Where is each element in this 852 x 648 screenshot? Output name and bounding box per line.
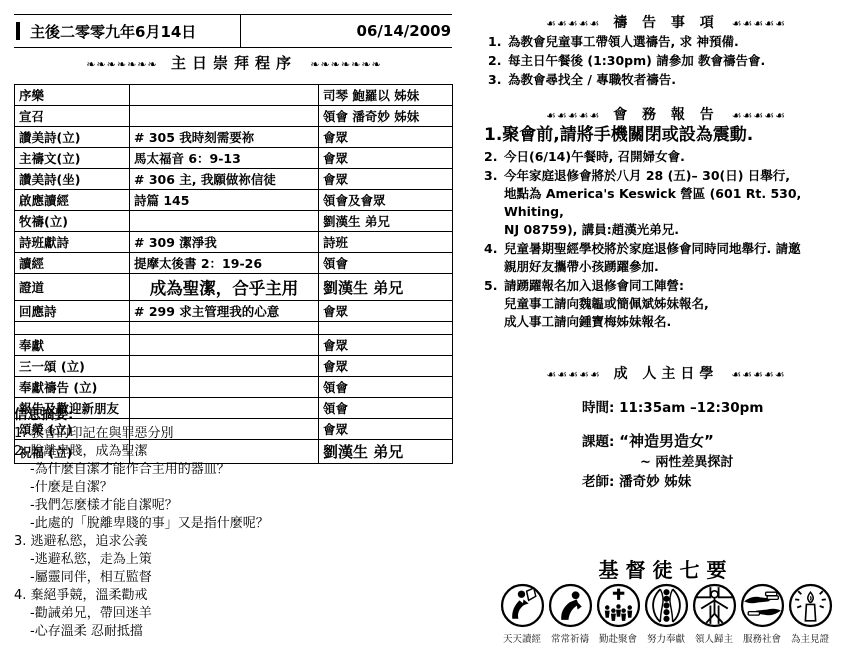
program-item-cell: 三一頌 (立) [15, 356, 130, 377]
program-item-cell: 讚美詩(立) [15, 127, 130, 148]
item-text: 為教會尋找全 / 專職牧者禱告. [508, 71, 676, 89]
item-number: 3. [488, 71, 508, 89]
table-row: 讚美詩(坐) # 306 主, 我願做祢信徒 會眾 [15, 169, 453, 190]
message-summary-line: 2. 脫離卑賤，成為聖潔 [14, 443, 454, 461]
program-person-cell: 詩班 [319, 232, 453, 253]
program-item-cell: 奉獻禱告 (立) [15, 377, 130, 398]
essential-offering: 努力奉獻 [643, 583, 690, 645]
message-summary-line: -什麼是自潔？ [14, 479, 454, 497]
program-item-cell: 讀經 [15, 253, 130, 274]
program-content-cell: 成為聖潔，合乎主用 [130, 274, 319, 301]
program-person-cell: 劉漢生 弟兄 [319, 274, 453, 301]
item-number: 1. [484, 124, 502, 147]
affairs-section-title: 會 務 報 告 [613, 107, 719, 123]
list-item: 5. 請踴躍報名加入退修會同工陣營: 兒童事工請向魏韞或簡佩斌姊妹報名, 成人事… [484, 277, 850, 331]
sunday-school-title: 成 人主日學 [614, 366, 719, 382]
program-item-cell: 主禱文(立) [15, 148, 130, 169]
program-person-cell: 會眾 [319, 335, 453, 356]
teacher-value: 潘奇妙 姊妹 [619, 474, 691, 490]
essential-label: 為主見證 [787, 631, 834, 645]
teacher-label: 老師: [582, 474, 614, 490]
ornament-left: ❧❧❧❧❧❧❧ [86, 58, 158, 71]
topic-label: 課題: [582, 434, 614, 450]
message-summary-line: -屬靈同伴，相互監督 [14, 569, 454, 587]
item-number: 3. [484, 167, 504, 239]
ornament-left: ☙☙☙☙☙ [546, 368, 600, 381]
program-content-cell [130, 356, 319, 377]
program-content-cell [130, 211, 319, 232]
ornament-left: ☙☙☙☙☙ [546, 109, 600, 122]
message-summary: 信息摘要: 1. 教會的印記在與罪惡分別 2. 脫離卑賤，成為聖潔 -為什麼自潔… [14, 406, 454, 641]
ornament-right: ☙☙☙☙☙ [732, 109, 786, 122]
essential-label: 領人歸主 [691, 631, 738, 645]
item-number: 2. [488, 52, 508, 70]
program-person-cell: 領會 [319, 253, 453, 274]
sunday-school-details: 時間: 11:35am –12:30pm 課題: “神造男造女” ~ 兩性差異探… [582, 396, 850, 490]
reading-icon [499, 583, 546, 628]
program-title: 主日崇拜程序 [171, 54, 297, 72]
essential-label: 常常祈禱 [547, 631, 594, 645]
ornament-right: ☙☙☙☙☙ [732, 17, 786, 30]
table-row: 回應詩 # 299 求主管理我的心意 會眾 [15, 301, 453, 322]
time-value: 11:35am –12:30pm [619, 400, 763, 416]
item-text: 兒童暑期聖經學校將於家庭退修會同時同地舉行. 請邀 親朋好友攜帶小孩踴躍參加. [504, 240, 801, 276]
essential-service: 服務社會 [739, 583, 786, 645]
message-summary-line: -勸誡弟兄，帶回迷羊 [14, 605, 454, 623]
list-item: 3. 為教會尋找全 / 專職牧者禱告. [488, 71, 850, 89]
list-item: 1. 為教會兒童事工帶領人選禱告, 求 神預備. [488, 33, 850, 51]
program-content-cell [130, 377, 319, 398]
essential-label: 勤赴聚會 [595, 631, 642, 645]
program-content-cell: # 299 求主管理我的心意 [130, 301, 319, 322]
message-summary-heading: 信息摘要: [14, 406, 454, 424]
program-item-cell: 回應詩 [15, 301, 130, 322]
program-person-cell [319, 322, 453, 335]
seven-essentials-title: 基督徒七要 [482, 554, 850, 583]
time-label: 時間: [582, 400, 614, 416]
item-text: 聚會前,請將手機關閉或設為震動. [502, 124, 753, 147]
essential-witness: 為主見證 [787, 583, 834, 645]
program-item-cell: 詩班獻詩 [15, 232, 130, 253]
date-cell-english: 06/14/2009 [241, 15, 452, 47]
sunday-school-time: 時間: 11:35am –12:30pm [582, 396, 850, 416]
message-summary-line: 3. 逃避私慾，追求公義 [14, 533, 454, 551]
sunday-school-title-row: ☙☙☙☙☙ 成 人主日學 ☙☙☙☙☙ [482, 363, 850, 383]
ornament-right: ❧❧❧❧❧❧❧ [310, 58, 382, 71]
date-cell-chinese: 主後二零零九年6月14日 [14, 15, 241, 47]
topic-value: “神造男造女” [619, 432, 714, 450]
ornament-right: ☙☙☙☙☙ [731, 368, 785, 381]
program-person-cell: 會眾 [319, 301, 453, 322]
item-number: 4. [484, 240, 504, 276]
item-number: 1. [488, 33, 508, 51]
list-item: 3. 今年家庭退修會將於八月 28 (五)– 30(日) 日舉行, 地點為 Am… [484, 167, 850, 239]
date-header: 主後二零零九年6月14日 06/14/2009 [14, 14, 452, 48]
program-person-cell: 會眾 [319, 169, 453, 190]
date-chinese: 主後二零零九年6月14日 [30, 21, 196, 42]
item-text: 每主日午餐後 (1:30pm) 請參加 教會禱告會. [508, 52, 765, 70]
item-number: 2. [484, 148, 504, 166]
program-content-cell: # 305 我時刻需要祢 [130, 127, 319, 148]
program-item-cell: 牧禱(立) [15, 211, 130, 232]
item-text: 今年家庭退修會將於八月 28 (五)– 30(日) 日舉行, 地點為 Ameri… [504, 167, 850, 239]
message-summary-line: -我們怎麼樣才能自潔呢？ [14, 497, 454, 515]
item-text: 請踴躍報名加入退修會同工陣營: 兒童事工請向魏韞或簡佩斌姊妹報名, 成人事工請向… [504, 277, 709, 331]
table-row: 詩班獻詩 # 309 潔淨我 詩班 [15, 232, 453, 253]
program-content-cell: 馬太福音 6：9-13 [130, 148, 319, 169]
program-item-cell: 序樂 [15, 85, 130, 106]
program-person-cell: 劉漢生 弟兄 [319, 211, 453, 232]
offering-icon [643, 583, 690, 628]
program-content-cell: # 306 主, 我願做祢信徒 [130, 169, 319, 190]
table-row: 讀經 提摩太後書 2：19-26 領會 [15, 253, 453, 274]
essential-praying: 常常祈禱 [547, 583, 594, 645]
program-content-cell [130, 85, 319, 106]
table-row: 奉獻禱告 (立) 領會 [15, 377, 453, 398]
affairs-section-title-row: ☙☙☙☙☙ 會 務 報 告 ☙☙☙☙☙ [482, 104, 850, 124]
program-title-row: ❧❧❧❧❧❧❧ 主日崇拜程序 ❧❧❧❧❧❧❧ [14, 52, 454, 73]
program-item-cell: 讚美詩(坐) [15, 169, 130, 190]
program-item-cell: 奉獻 [15, 335, 130, 356]
program-person-cell: 領會 [319, 377, 453, 398]
date-accent-bar [16, 22, 20, 40]
prayer-section-title: 禱 告 事 項 [613, 15, 719, 31]
date-english: 06/14/2009 [357, 22, 451, 40]
sunday-school-teacher: 老師: 潘奇妙 姊妹 [582, 470, 850, 490]
sunday-school-topic-sub: ~ 兩性差異探討 [582, 451, 850, 470]
table-row: 三一頌 (立) 會眾 [15, 356, 453, 377]
program-item-cell [15, 322, 130, 335]
program-person-cell: 會眾 [319, 148, 453, 169]
essential-label: 服務社會 [739, 631, 786, 645]
program-person-cell: 會眾 [319, 127, 453, 148]
service-icon [739, 583, 786, 628]
ornament-left: ☙☙☙☙☙ [546, 17, 600, 30]
message-summary-line: -此處的「脫離卑賤的事」又是指什麼呢？ [14, 515, 454, 533]
program-person-cell: 領會及會眾 [319, 190, 453, 211]
message-summary-line: 1. 教會的印記在與罪惡分別 [14, 425, 454, 443]
program-content-cell [130, 322, 319, 335]
program-content-cell: 提摩太後書 2：19-26 [130, 253, 319, 274]
essential-evangelism: 領人歸主 [691, 583, 738, 645]
table-row: 牧禱(立) 劉漢生 弟兄 [15, 211, 453, 232]
list-item: 2. 今日(6/14)午餐時, 召開婦女會. [484, 148, 850, 166]
witness-icon [787, 583, 834, 628]
evangelism-icon [691, 583, 738, 628]
program-item-cell: 宣召 [15, 106, 130, 127]
program-person-cell: 司琴 鮑羅以 姊妹 [319, 85, 453, 106]
essential-congregation: 勤赴聚會 [595, 583, 642, 645]
message-summary-line: -心存溫柔 忍耐抵擋 [14, 623, 454, 641]
prayer-section-title-row: ☙☙☙☙☙ 禱 告 事 項 ☙☙☙☙☙ [482, 12, 850, 32]
message-summary-line: -逃避私慾，走為上策 [14, 551, 454, 569]
table-row: 證道 成為聖潔，合乎主用 劉漢生 弟兄 [15, 274, 453, 301]
essential-label: 天天讀經 [499, 631, 546, 645]
table-row: 讚美詩(立) # 305 我時刻需要祢 會眾 [15, 127, 453, 148]
table-row [15, 322, 453, 335]
table-row: 宣召 領會 潘奇妙 姊妹 [15, 106, 453, 127]
program-content-cell: 詩篇 145 [130, 190, 319, 211]
essential-label: 努力奉獻 [643, 631, 690, 645]
congregation-icon [595, 583, 642, 628]
prayer-items: 1. 為教會兒童事工帶領人選禱告, 求 神預備. 2. 每主日午餐後 (1:30… [488, 33, 850, 90]
essential-reading: 天天讀經 [499, 583, 546, 645]
program-person-cell: 領會 潘奇妙 姊妹 [319, 106, 453, 127]
list-item: 2. 每主日午餐後 (1:30pm) 請參加 教會禱告會. [488, 52, 850, 70]
program-item-cell: 啟應讀經 [15, 190, 130, 211]
program-content-cell [130, 335, 319, 356]
program-content-cell: # 309 潔淨我 [130, 232, 319, 253]
list-item: 1. 聚會前,請將手機關閉或設為震動. [484, 124, 850, 147]
program-content-cell [130, 106, 319, 127]
list-item: 4. 兒童暑期聖經學校將於家庭退修會同時同地舉行. 請邀 親朋好友攜帶小孩踴躍參… [484, 240, 850, 276]
item-number: 5. [484, 277, 504, 331]
message-summary-line: -為什麼自潔才能作合主用的器皿？ [14, 461, 454, 479]
praying-icon [547, 583, 594, 628]
item-text: 今日(6/14)午餐時, 召開婦女會. [504, 148, 685, 166]
sunday-school-topic: 課題: “神造男造女” [582, 430, 850, 451]
seven-essentials-icons: 天天讀經 常常祈禱 [482, 583, 850, 645]
table-row: 啟應讀經 詩篇 145 領會及會眾 [15, 190, 453, 211]
program-person-cell: 會眾 [319, 356, 453, 377]
item-text: 為教會兒童事工帶領人選禱告, 求 神預備. [508, 33, 739, 51]
program-item-cell: 證道 [15, 274, 130, 301]
table-row: 主禱文(立) 馬太福音 6：9-13 會眾 [15, 148, 453, 169]
table-row: 奉獻 會眾 [15, 335, 453, 356]
affairs-items: 1. 聚會前,請將手機關閉或設為震動. 2. 今日(6/14)午餐時, 召開婦女… [484, 124, 850, 332]
table-row: 序樂 司琴 鮑羅以 姊妹 [15, 85, 453, 106]
message-summary-line: 4. 棄絕爭競，溫柔勸戒 [14, 587, 454, 605]
